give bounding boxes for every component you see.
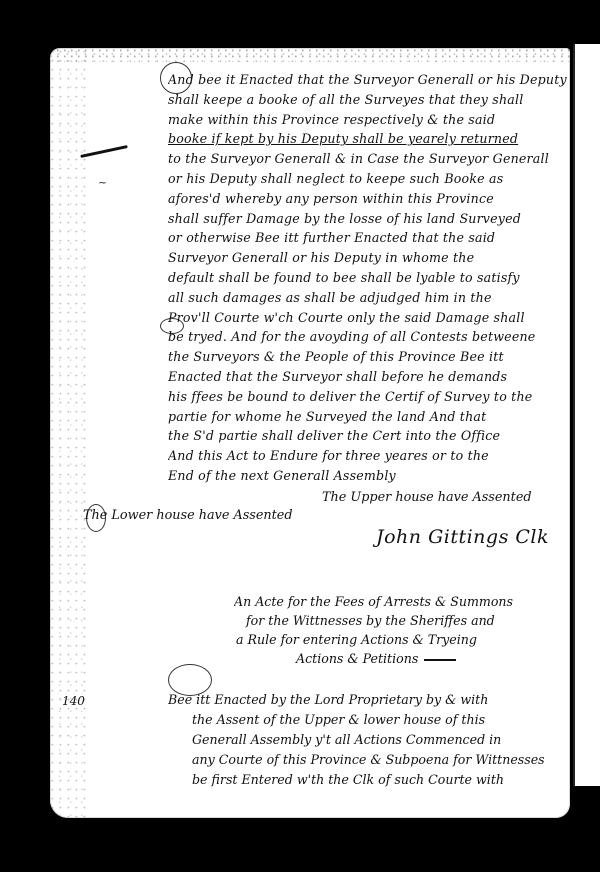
body-line: the S'd partie shall deliver the Cert in… xyxy=(168,426,572,446)
divider-rule xyxy=(424,659,456,661)
body-line: And bee it Enacted that the Surveyor Gen… xyxy=(168,70,572,90)
body-line: the Assent of the Upper & lower house of… xyxy=(168,710,578,730)
act-body-text: And bee it Enacted that the Surveyor Gen… xyxy=(168,70,572,486)
next-act-body: Bee itt Enacted by the Lord Proprietary … xyxy=(168,690,578,790)
margin-mark: ~ xyxy=(98,176,107,189)
body-line: shall suffer Damage by the losse of his … xyxy=(168,209,572,229)
body-line: Surveyor Generall or his Deputy in whome… xyxy=(168,248,572,268)
lower-house-assent: The Lower house have Assented xyxy=(83,508,293,523)
body-line: shall keepe a booke of all the Surveyes … xyxy=(168,90,572,110)
upper-house-assent: The Upper house have Assented xyxy=(322,490,532,505)
body-line: all such damages as shall be adjudged hi… xyxy=(168,288,572,308)
flourish-icon xyxy=(160,318,184,334)
body-line: End of the next Generall Assembly xyxy=(168,466,572,486)
body-line: afores'd whereby any person within this … xyxy=(168,189,572,209)
body-line: Enacted that the Surveyor shall before h… xyxy=(168,367,572,387)
adjacent-page-edge xyxy=(573,44,600,786)
body-line: Generall Assembly y't all Actions Commen… xyxy=(168,730,578,750)
next-act-title: An Acte for the Fees of Arrests & Summon… xyxy=(234,592,580,668)
body-line: the Surveyors & the People of this Provi… xyxy=(168,347,572,367)
title-line: for the Wittnesses by the Sheriffes and xyxy=(234,611,580,630)
body-line: or his Deputy shall neglect to keepe suc… xyxy=(168,169,572,189)
body-line: And this Act to Endure for three yeares … xyxy=(168,446,572,466)
body-line: Prov'll Courte w'ch Courte only the said… xyxy=(168,308,572,328)
initial-flourish-icon xyxy=(160,62,192,94)
clerk-signature: John Gittings Clk xyxy=(376,526,549,548)
body-line: default shall be found to bee shall be l… xyxy=(168,268,572,288)
body-line: partie for whome he Surveyed the land An… xyxy=(168,407,572,427)
body-line: Bee itt Enacted by the Lord Proprietary … xyxy=(168,690,578,710)
title-line: An Acte for the Fees of Arrests & Summon… xyxy=(234,592,580,611)
body-line: his ffees be bound to deliver the Certif… xyxy=(168,387,572,407)
body-line: make within this Province respectively &… xyxy=(168,110,572,130)
body-line: booke if kept by his Deputy shall be yea… xyxy=(168,129,572,149)
body-line: be first Entered w'th the Clk of such Co… xyxy=(168,770,578,790)
title-line-text: Actions & Petitions xyxy=(296,651,418,666)
title-line: Actions & Petitions xyxy=(234,649,580,668)
body-line: be tryed. And for the avoyding of all Co… xyxy=(168,327,572,347)
body-line: any Courte of this Province & Subpoena f… xyxy=(168,750,578,770)
body-line: to the Surveyor Generall & in Case the S… xyxy=(168,149,572,169)
body-line: or otherwise Bee itt further Enacted tha… xyxy=(168,228,572,248)
title-line: a Rule for entering Actions & Tryeing xyxy=(234,630,580,649)
margin-folio-number: 140 xyxy=(62,694,85,708)
